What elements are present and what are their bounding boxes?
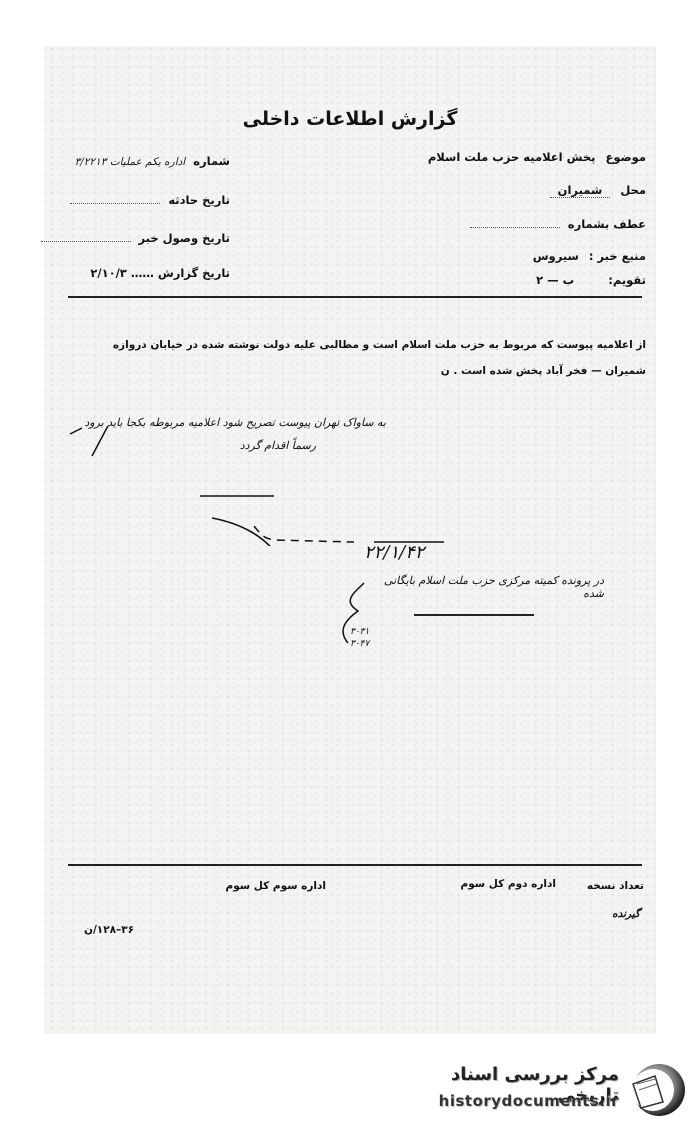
received-date-field: تاریخ وصول خبر	[41, 231, 230, 245]
incident-date-label: تاریخ حادثه	[168, 193, 230, 207]
source-label: منبع خبر :	[589, 249, 646, 263]
received-date-line	[41, 241, 131, 242]
document-scroll-icon	[627, 1062, 687, 1118]
subject-value: پخش اعلامیه حزب ملت اسلام	[428, 150, 596, 164]
reference-value-line	[470, 227, 560, 228]
recipient-1: اداره دوم کل سوم	[461, 878, 557, 890]
report-body-line-2: شمیران — فخر آباد پخش شده است . ن	[56, 358, 646, 384]
note-2-numbers: ۳۰۳۱ ۳۰۴۷	[350, 626, 369, 650]
report-date-field: تاریخ گزارش …… ۲/۱۰/۳	[90, 266, 230, 280]
evaluation-field: تقویم: ب — ۲	[536, 273, 646, 287]
incident-date-line	[70, 203, 160, 204]
recipient-2: اداره سوم کل سوم	[226, 880, 326, 892]
document-title: گزارش اطلاعات داخلی	[44, 108, 656, 130]
report-date-label: تاریخ گزارش	[158, 266, 230, 280]
location-label: محل	[620, 183, 646, 197]
note-2-date: ۲۲/۱/۴۲	[364, 542, 424, 563]
footer-divider	[68, 864, 642, 866]
note-2-underline	[414, 614, 534, 616]
location-value: شمیران	[550, 183, 611, 198]
watermark-site: historydocuments.ir	[439, 1092, 619, 1110]
source-field: منبع خبر : سیروس	[533, 249, 646, 263]
distribution-label: تعداد نسخه	[587, 880, 644, 892]
received-date-label: تاریخ وصول خبر	[139, 231, 230, 245]
file-number: ۳۶–۱۲۸/ن	[84, 924, 134, 936]
note-2-text: در پرونده کمیته مرکزی حزب ملت اسلام بایگ…	[364, 574, 604, 600]
report-body-line-1: از اعلامیه پیوست که مربوط به حزب ملت اسل…	[56, 332, 646, 358]
subject-field: موضوع پخش اعلامیه حزب ملت اسلام	[428, 150, 646, 164]
reference-field: عطف بشماره	[470, 217, 646, 231]
report-body: از اعلامیه پیوست که مربوط به حزب ملت اسل…	[56, 332, 646, 384]
number-value: اداره یکم عملیات ۳/۲۲۱۳	[75, 156, 186, 168]
evaluation-value: ب — ۲	[536, 273, 574, 287]
number-field: شماره اداره یکم عملیات ۳/۲۲۱۳	[75, 154, 230, 168]
incident-date-field: تاریخ حادثه	[70, 193, 230, 207]
subject-label: موضوع	[605, 150, 646, 164]
evaluation-label: تقویم:	[608, 273, 646, 287]
report-date-value: ۲/۱۰/۳	[90, 266, 126, 280]
copy-label: گیرنده	[612, 908, 640, 920]
header-divider	[68, 296, 642, 298]
number-label: شماره	[193, 154, 230, 168]
source-value: سیروس	[533, 249, 579, 263]
reference-label: عطف بشماره	[568, 217, 646, 231]
document-page: گزارش اطلاعات داخلی موضوع پخش اعلامیه حز…	[44, 46, 656, 1034]
location-field: محل شمیران	[550, 183, 646, 197]
watermark-logo: مرکز بررسی اسناد تاریخی historydocuments…	[406, 1060, 691, 1120]
